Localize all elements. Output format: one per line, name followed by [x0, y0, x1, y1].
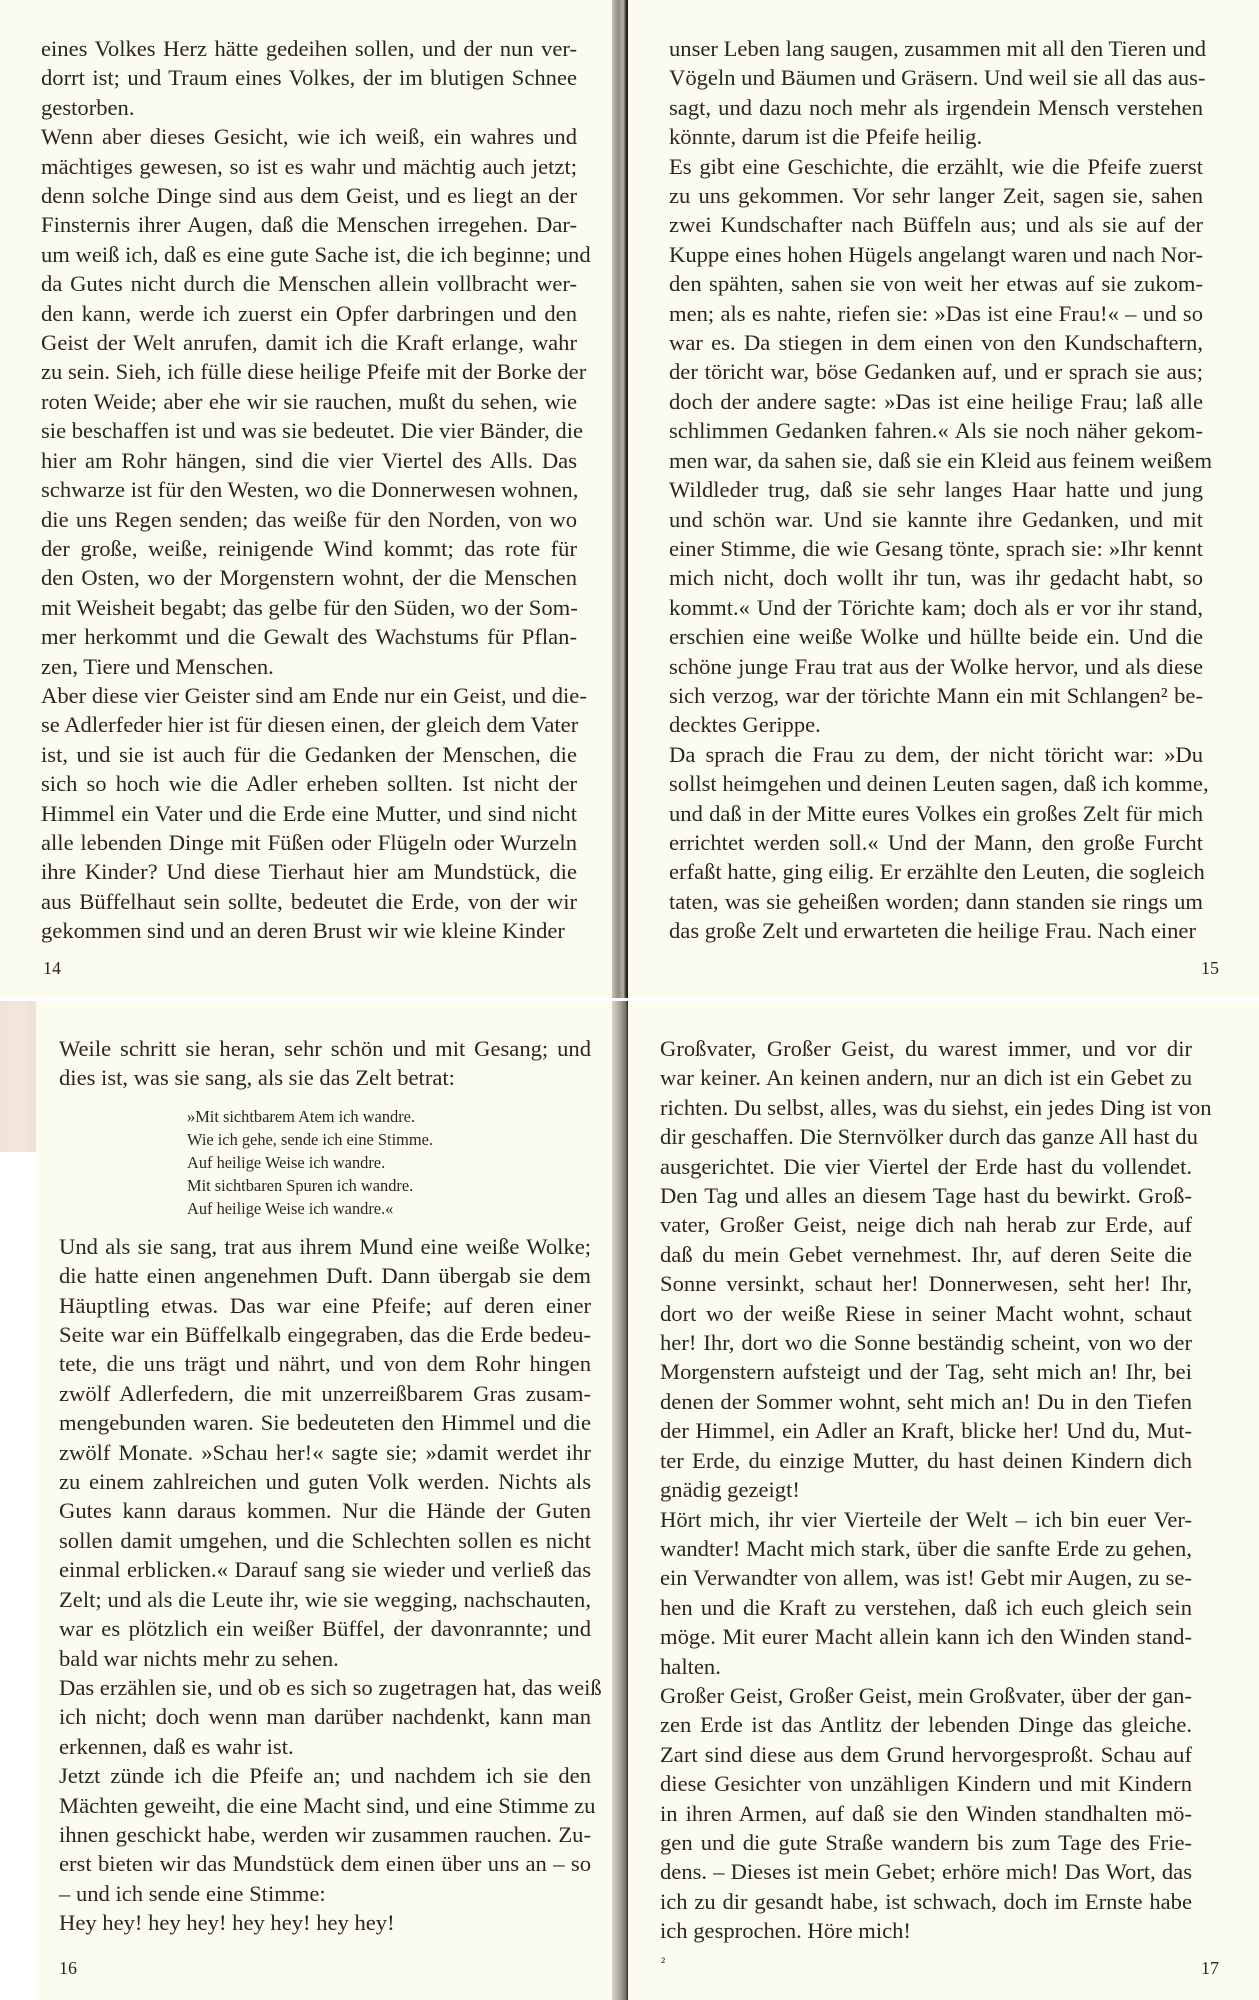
text-line: daß du mein Gebet vernehmest. Ihr, auf d… [660, 1240, 1192, 1269]
text-line: die hatte einen angenehmen Duft. Dann üb… [59, 1261, 591, 1290]
text-line: denen der Sommer wohnt, seht mich an! Du… [660, 1387, 1192, 1416]
book-gutter-bottom [612, 1000, 628, 2000]
scan-seam [0, 998, 1259, 1001]
text-line: tete, die uns trägt und nährt, und von d… [59, 1349, 591, 1378]
text-line: erschien eine weiße Wolke und hüllte bei… [669, 622, 1203, 651]
poem-line: Auf heilige Weise ich wandre. [187, 1151, 591, 1174]
text-line: gnädig gezeigt! [660, 1475, 1192, 1504]
text-line: der Himmel, ein Adler an Kraft, blicke h… [660, 1416, 1192, 1445]
page-number-14: 14 [43, 958, 61, 979]
text-line: ausgerichtet. Die vier Viertel der Erde … [660, 1152, 1192, 1181]
text-line: Großer Geist, Großer Geist, mein Großvat… [660, 1681, 1192, 1710]
text-line: schwarze ist für den Westen, wo die Donn… [41, 475, 577, 504]
text-line: her! Ihr, dort wo die Sonne beständig sc… [660, 1328, 1192, 1357]
text-line: denn solche Dinge sind aus dem Geist, un… [41, 181, 577, 210]
text-line: aus Büffelhaut sein sollte, bedeutet die… [41, 887, 577, 916]
text-line: der große, weiße, reinigende Wind kommt;… [41, 534, 577, 563]
text-line: zu uns gekommen. Vor sehr langer Zeit, s… [669, 181, 1203, 210]
text-line: bald war nichts mehr zu sehen. [59, 1644, 591, 1673]
text-line: Das erzählen sie, und ob es sich so zuge… [59, 1673, 591, 1702]
text-line: Zelt; und als die Leute ihr, wie sie weg… [59, 1585, 591, 1614]
text-line: men war, da sahen sie, daß sie ein Kleid… [669, 446, 1203, 475]
text-line: Finsternis ihrer Augen, daß die Menschen… [41, 210, 577, 239]
text-line: se Adlerfeder hier ist für diesen einen,… [41, 710, 577, 739]
poem-line: Auf heilige Weise ich wandre.« [187, 1197, 591, 1220]
text-line: zwölf Monate. »Schau her!« sagte sie; »d… [59, 1438, 591, 1467]
text-line: war es plötzlich ein weißer Büffel, der … [59, 1614, 591, 1643]
text-line: hen und die Kraft zu verstehen, daß ich … [660, 1593, 1192, 1622]
text-line: ist, und sie ist auch für die Gedanken d… [41, 740, 577, 769]
text-line: Wenn aber dieses Gesicht, wie ich weiß, … [41, 122, 577, 151]
text-line: dorrt ist; und Traum eines Volkes, der i… [41, 63, 577, 92]
text-line: – und ich sende eine Stimme: [59, 1879, 591, 1908]
text-line: roten Weide; aber ehe wir sie rauchen, m… [41, 387, 577, 416]
text-line: Himmel ein Vater und die Erde eine Mutte… [41, 799, 577, 828]
text-line: errichtet werden soll.« Und der Mann, de… [669, 828, 1203, 857]
text-line: wandter! Macht mich stark, über die sanf… [660, 1534, 1192, 1563]
paper-scrap-edge [0, 1000, 36, 1152]
text-line: Den Tag und alles an diesem Tage hast du… [660, 1181, 1192, 1210]
text-line: vater, Großer Geist, neige dich nah hera… [660, 1210, 1192, 1239]
text-line: Sonne versinkt, schaut her! Donnerwesen,… [660, 1269, 1192, 1298]
text-line: zwölf Adlerfedern, die mit unzerreißbare… [59, 1379, 591, 1408]
text-line: sollen damit umgehen, und die Schlechten… [59, 1526, 591, 1555]
text-line: Es gibt eine Geschichte, die erzählt, wi… [669, 152, 1203, 181]
text-line: dort wo der weiße Riese in seiner Macht … [660, 1299, 1192, 1328]
text-line: zen Erde ist das Antlitz der lebenden Di… [660, 1710, 1192, 1739]
page-17-body: Großvater, Großer Geist, du warest immer… [660, 1034, 1192, 1946]
text-line: unser Leben lang saugen, zusammen mit al… [669, 34, 1203, 63]
text-line: doch der andere sagte: »Das ist eine hei… [669, 387, 1203, 416]
poem-line: »Mit sichtbarem Atem ich wandre. [187, 1105, 591, 1128]
text-line: zwei Kundschafter nach Büffeln aus; und … [669, 210, 1203, 239]
text-line: gestorben. [41, 93, 577, 122]
text-line: Häuptling etwas. Das war eine Pfeife; au… [59, 1291, 591, 1320]
text-line: war keiner. An keinen andern, nur an dic… [660, 1063, 1192, 1092]
text-line: Aber diese vier Geister sind am Ende nur… [41, 681, 577, 710]
text-line: zen, Tiere und Menschen. [41, 652, 577, 681]
text-line: sollst heimgehen und deinen Leuten sagen… [669, 769, 1203, 798]
text-line: zu sein. Sieh, ich fülle diese heilige P… [41, 357, 577, 386]
text-line: dies ist, was sie sang, als sie das Zelt… [59, 1063, 591, 1092]
book-gutter-top [612, 0, 628, 1000]
text-line: die uns Regen senden; das weiße für den … [41, 505, 577, 534]
page-number-16: 16 [59, 1958, 77, 1979]
text-line: mer herkommt und die Gewalt des Wachstum… [41, 622, 577, 651]
page-number-15: 15 [1201, 958, 1219, 979]
text-line: möge. Mit eurer Macht allein kann ich de… [660, 1622, 1192, 1651]
text-line: Seite war ein Büffelkalb eingegraben, da… [59, 1320, 591, 1349]
text-line: sich verzog, war der törichte Mann ein m… [669, 681, 1203, 710]
text-line: erkennen, daß es wahr ist. [59, 1732, 591, 1761]
text-line: Hört mich, ihr vier Vierteile der Welt –… [660, 1505, 1192, 1534]
text-line: kommt.« Und der Törichte kam; doch als e… [669, 593, 1203, 622]
text-line: men; als es nahte, riefen sie: »Das ist … [669, 299, 1203, 328]
text-line: gekommen sind und an deren Brust wir wie… [41, 916, 577, 945]
poem-line: Mit sichtbaren Spuren ich wandre. [187, 1174, 591, 1197]
poem-line: Wie ich gehe, sende ich eine Stimme. [187, 1128, 591, 1151]
text-line: den Osten, wo der Morgenstern wohnt, der… [41, 563, 577, 592]
text-line: dir geschaffen. Die Sternvölker durch da… [660, 1122, 1192, 1151]
page-number-17: 17 [1201, 1958, 1219, 1979]
text-line: mich nicht, doch wollt ihr tun, was ihr … [669, 563, 1203, 592]
text-line: Und als sie sang, trat aus ihrem Mund ei… [59, 1232, 591, 1261]
text-line: und daß in der Mitte eures Volkes ein gr… [669, 799, 1203, 828]
text-line: decktes Gerippe. [669, 710, 1203, 739]
text-line: erfaßt hatte, ging eilig. Er erzählte de… [669, 857, 1203, 886]
text-line: um weiß ich, daß es eine gute Sache ist,… [41, 240, 577, 269]
song-poem: »Mit sichtbarem Atem ich wandre.Wie ich … [187, 1105, 591, 1220]
text-line: taten, was sie geheißen worden; dann sta… [669, 887, 1203, 916]
text-line: hier am Rohr hängen, sind die vier Viert… [41, 446, 577, 475]
text-line: den spähten, sahen sie von weit her etwa… [669, 269, 1203, 298]
text-line: ich gesprochen. Höre mich! [660, 1916, 1192, 1945]
text-line: der töricht war, böse Gedanken auf, und … [669, 357, 1203, 386]
text-line: Wildleder trug, daß sie sehr langes Haar… [669, 475, 1203, 504]
text-line: gen und die gute Straße wandern bis zum … [660, 1828, 1192, 1857]
page-14-body: eines Volkes Herz hätte gedeihen sollen,… [41, 34, 577, 946]
text-line: Vögeln und Bäumen und Gräsern. Und weil … [669, 63, 1203, 92]
text-line: ihnen geschickt habe, werden wir zusamme… [59, 1820, 591, 1849]
text-line: mengebunden waren. Sie bedeuteten den Hi… [59, 1408, 591, 1437]
text-line: schlimmen Gedanken fahren.« Als sie noch… [669, 416, 1203, 445]
text-line: halten. [660, 1652, 1192, 1681]
text-line: zu einem zahlreichen und guten Volk werd… [59, 1467, 591, 1496]
text-line: in ihren Armen, auf daß sie den Winden s… [660, 1799, 1192, 1828]
text-line: mächtiges gewesen, so ist es wahr und mä… [41, 152, 577, 181]
text-line: Weile schritt sie heran, sehr schön und … [59, 1034, 591, 1063]
text-line: könnte, darum ist die Pfeife heilig. [669, 122, 1203, 151]
text-line: Mächten geweiht, die eine Macht sind, un… [59, 1791, 591, 1820]
text-line: sagt, und dazu noch mehr als irgendein M… [669, 93, 1203, 122]
page-16-intro: Weile schritt sie heran, sehr schön und … [59, 1034, 591, 1093]
text-line: Da sprach die Frau zu dem, der nicht tör… [669, 740, 1203, 769]
text-line: ich zu dir gesandt habe, ist schwach, do… [660, 1887, 1192, 1916]
text-line: Jetzt zünde ich die Pfeife an; und nachd… [59, 1761, 591, 1790]
text-line: Geist der Welt anrufen, damit ich die Kr… [41, 328, 577, 357]
text-line: ter Erde, du einzige Mutter, du hast dei… [660, 1446, 1192, 1475]
text-line: richten. Du selbst, alles, was du siehst… [660, 1093, 1192, 1122]
text-line: einmal erblicken.« Darauf sang sie wiede… [59, 1555, 591, 1584]
text-line: ihre Kinder? Und diese Tierhaut hier am … [41, 857, 577, 886]
text-line: da Gutes nicht durch die Menschen allein… [41, 269, 577, 298]
text-line: Zart sind diese aus dem Grund hervorgesp… [660, 1740, 1192, 1769]
text-line: Hey hey! hey hey! hey hey! hey hey! [59, 1908, 591, 1937]
text-line: Kuppe eines hohen Hügels angelangt waren… [669, 240, 1203, 269]
page-16-body: Weile schritt sie heran, sehr schön und … [59, 1034, 591, 1938]
text-line: ein Verwandter von allem, was ist! Gebt … [660, 1563, 1192, 1592]
text-line: eines Volkes Herz hätte gedeihen sollen,… [41, 34, 577, 63]
text-line: schöne junge Frau trat aus der Wolke her… [669, 652, 1203, 681]
text-line: Gutes kann daraus kommen. Nur die Hände … [59, 1496, 591, 1525]
text-line: war es. Da stiegen in dem einen von den … [669, 328, 1203, 357]
text-line: sich so hoch wie die Adler erheben sollt… [41, 769, 577, 798]
text-line: ich nicht; doch wenn man darüber nachden… [59, 1702, 591, 1731]
page-15-body: unser Leben lang saugen, zusammen mit al… [669, 34, 1203, 946]
text-line: erst bieten wir das Mundstück dem einen … [59, 1849, 591, 1878]
scan-margin [0, 1152, 36, 2000]
text-line: alle lebenden Dinge mit Füßen oder Flüge… [41, 828, 577, 857]
text-line: den kann, werde ich zuerst ein Opfer dar… [41, 299, 577, 328]
text-line: Großvater, Großer Geist, du warest immer… [660, 1034, 1192, 1063]
text-line: diese Gesichter von unzähligen Kindern u… [660, 1769, 1192, 1798]
text-line: einer Stimme, die wie Gesang tönte, spra… [669, 534, 1203, 563]
text-line: dens. – Dieses ist mein Gebet; erhöre mi… [660, 1857, 1192, 1886]
text-line: sie beschaffen ist und was sie bedeutet.… [41, 416, 577, 445]
page-16-continued: Und als sie sang, trat aus ihrem Mund ei… [59, 1232, 591, 1938]
text-line: das große Zelt und erwarteten die heilig… [669, 916, 1203, 945]
text-line: mit Weisheit begabt; das gelbe für den S… [41, 593, 577, 622]
footnote-mark: ² [661, 1956, 665, 1972]
text-line: Morgenstern aufsteigt und der Tag, seht … [660, 1357, 1192, 1386]
text-line: und schön war. Und sie kannte ihre Gedan… [669, 505, 1203, 534]
